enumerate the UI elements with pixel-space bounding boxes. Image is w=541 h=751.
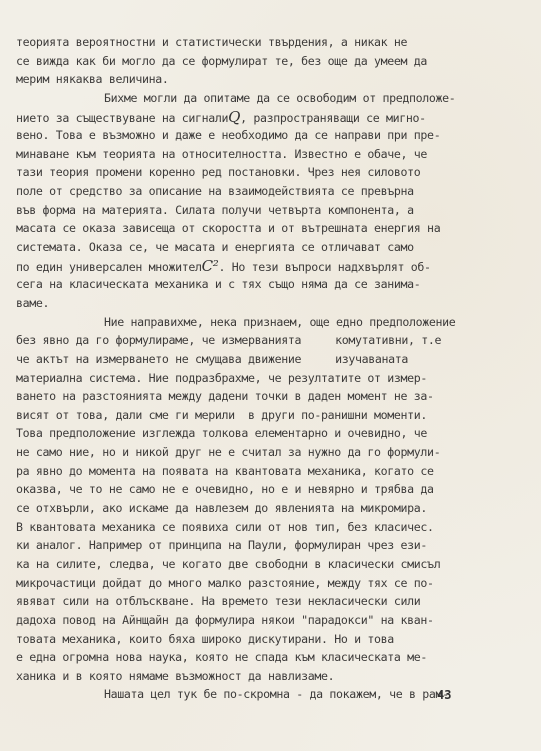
text-fragment: , разпространяващи се мигно- xyxy=(240,111,426,125)
text-line: без явно да го формулираме, че измервани… xyxy=(16,331,486,350)
text-fragment: че актът на измерването не смущава движе… xyxy=(16,352,301,366)
text-line: системата. Оказа се, че масата и енергия… xyxy=(16,238,486,257)
text-line: теорията вероятностни и статистически тв… xyxy=(16,33,486,52)
text-line: се отхвърли, ако искаме да навлезем до я… xyxy=(16,499,486,518)
text-fragment: по един универсален множител xyxy=(16,260,202,274)
paragraph-start-line: Ние направихме, нека признаем, още едно … xyxy=(16,313,486,332)
text-line: ка на силите, следва, че когато две своб… xyxy=(16,555,486,574)
body-text: теорията вероятностни и статистически тв… xyxy=(16,33,486,704)
text-line: сега на класическата механика и с тях съ… xyxy=(16,275,486,294)
handwritten-symbol-q: Q xyxy=(228,108,240,126)
text-line: масата се оказа зависеща от скоростта и … xyxy=(16,219,486,238)
paragraph-start-line: Нашата цел тук бе по-скромна - да покаже… xyxy=(16,685,486,704)
text-line: товата механика, които бяха широко диску… xyxy=(16,630,486,649)
text-line: ра явно до момента на появата на квантов… xyxy=(16,462,486,481)
text-fragment: . Но тези въпроси надхвърлят об- xyxy=(218,260,430,274)
text-line: не само ние, но и никой друг не е считал… xyxy=(16,443,486,462)
text-line: мерим някаква величина. xyxy=(16,70,486,89)
text-line: микрочастици дойдат до много малко разст… xyxy=(16,574,486,593)
text-line: В квантовата механика се появиха сили от… xyxy=(16,518,486,537)
text-line: е една огромна нова наука, която не спад… xyxy=(16,648,486,667)
text-fragment: нието за съществуване на сигнали xyxy=(16,111,228,125)
text-line: оказва, че то не само не е очевидно, но … xyxy=(16,480,486,499)
text-line: ването на разстоянията между дадени точк… xyxy=(16,387,486,406)
text-line: ки аналог. Например от принципа на Паули… xyxy=(16,536,486,555)
text-line: се вижда как би могло да се формулират т… xyxy=(16,52,486,71)
text-line: ханика и в която нямаме възможност да на… xyxy=(16,667,486,686)
text-line: висят от това, дали сме ги мерили в друг… xyxy=(16,406,486,425)
text-line: тази теория промени коренно ред постанов… xyxy=(16,163,486,182)
text-fragment: комутативни, т.е xyxy=(335,333,441,347)
text-line: нието за съществуване на сигналиQ, разпр… xyxy=(16,108,486,127)
document-page: теорията вероятностни и статистически тв… xyxy=(0,0,541,751)
text-fragment: изучаваната xyxy=(335,352,408,366)
text-line: минаване към теорията на относителността… xyxy=(16,145,486,164)
text-line: явяват сили на отблъскване. На времето т… xyxy=(16,592,486,611)
text-line: че актът на измерването не смущава движе… xyxy=(16,350,486,369)
page-number: 43 xyxy=(437,688,451,702)
handwritten-symbol-c-squared: C² xyxy=(202,257,219,275)
text-fragment: без явно да го формулираме, че измервани… xyxy=(16,333,301,347)
text-line: вено. Това е възможно и даже е необходим… xyxy=(16,126,486,145)
text-line: във форма на материята. Силата получи че… xyxy=(16,201,486,220)
text-line: материална система. Ние подразбрахме, че… xyxy=(16,369,486,388)
text-line: Това предположение изглежда толкова елем… xyxy=(16,424,486,443)
text-line: ваме. xyxy=(16,294,486,313)
paragraph-start-line: Бихме могли да опитаме да се освободим о… xyxy=(16,89,486,108)
text-line: дадоха повод на Айнщайн да формулира няк… xyxy=(16,611,486,630)
text-line: по един универсален множителC². Но тези … xyxy=(16,257,486,276)
text-line: поле от средство за описание на взаимоде… xyxy=(16,182,486,201)
